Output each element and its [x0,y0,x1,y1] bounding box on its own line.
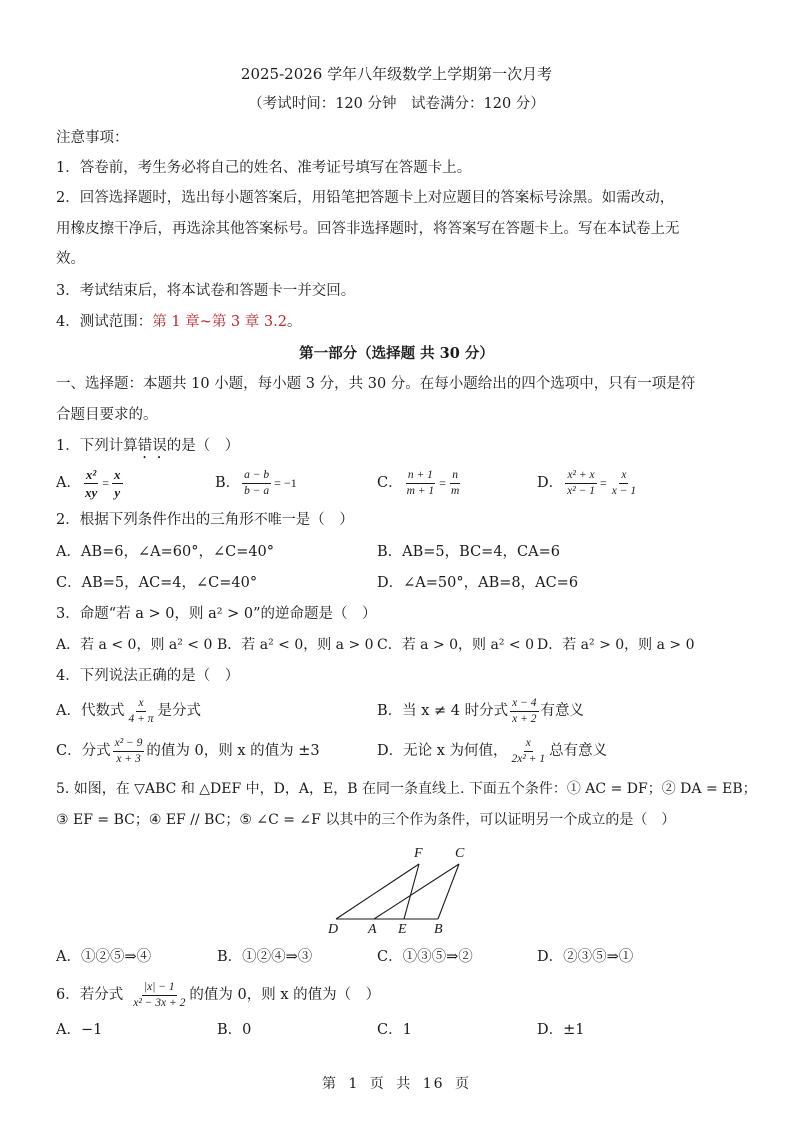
section-title: 第一部分（选择题 共 30 分） [0,344,793,364]
test-range: 第 1 章~第 3 章 3.2 [152,314,287,330]
q1-option-c[interactable]: C． n + 1m + 1 = nm [377,466,463,500]
fraction: xx − 1 [610,469,638,498]
option-label: D． [537,473,563,493]
option-text: 总有意义 [549,741,607,761]
fraction: xy [112,467,123,500]
notice-heading: 注意事项： [56,128,129,148]
q1-stem-pre: 1．下列计算 [56,438,138,454]
q5-option-c[interactable]: C．①③⑤⇒② [377,947,473,967]
option-text: 有意义 [541,701,585,721]
q6-option-b[interactable]: B．0 [217,1020,251,1040]
notice-item-4-prefix: 4．测试范围： [56,314,152,330]
notice-item-4-suffix: 。 [287,314,302,330]
fraction: nm [449,469,461,498]
exam-subtitle: （考试时间：120 分钟 试卷满分：120 分） [0,94,793,114]
fraction: a − bb − a [242,469,271,498]
q5-option-d[interactable]: D．②③⑤⇒① [537,947,633,967]
q3-option-a[interactable]: A．若 a < 0，则 a² < 0 [56,635,212,655]
q2-option-b[interactable]: B．AB=5，BC=4，CA=6 [377,542,560,562]
page-number: 第 1 页 共 16 页 [0,1073,793,1093]
fraction: n + 1m + 1 [405,469,437,498]
question-3-stem: 3．命题“若 a > 0，则 a² > 0”的逆命题是（ ） [56,604,377,624]
question-2-stem: 2．根据下列条件作出的三角形不唯一是（ ） [56,510,354,530]
section-instruction-cont: 合题目要求的。 [56,405,158,425]
notice-item-2: 2．回答选择题时，选出每小题答案后，用铅笔把答题卡上对应题目的答案标号涂黑。如需… [56,188,674,208]
q2-option-a[interactable]: A．AB=6，∠A=60°，∠C=40° [56,542,274,562]
fraction: x4 + π [126,697,155,726]
section-instruction: 一、选择题：本题共 10 小题，每小题 3 分，共 30 分。在每小题给出的四个… [56,374,695,394]
equals: = [600,473,607,493]
option-text: A．代数式 [56,701,124,721]
question-1-stem: 1．下列计算错误的是（ ） [56,436,239,462]
q4-option-d[interactable]: D．无论 x 为何值， x2x² + 1 总有意义 [377,734,607,768]
option-label: B． [215,473,240,493]
notice-item-1: 1．答卷前，考生务必将自己的姓名、准考证号填写在答题卡上。 [56,158,471,178]
q6-stem-post: 的值为 0，则 x 的值为（ ） [189,985,380,1005]
option-text: C．分式 [56,741,111,761]
point-label: C [455,846,465,861]
point-label: D [327,922,338,936]
q6-option-d[interactable]: D．±1 [537,1020,585,1040]
q1-option-d[interactable]: D． x² + xx² − 1 = xx − 1 [537,466,640,500]
q2-stem-post: 是（ ） [296,512,354,528]
option-text: 是分式 [158,701,202,721]
question-5-stem-cont: ③ EF = BC；④ EF // BC；⑤ ∠C = ∠F 以其中的三个作为条… [56,810,675,830]
option-label: C． [377,473,403,493]
question-6-stem: 6．若分式 |x| − 1x² − 3x + 2 的值为 0，则 x 的值为（ … [56,978,380,1012]
q4-option-c[interactable]: C．分式 x² − 9x + 3 的值为 0，则 x 的值为 ±3 [56,734,320,768]
q2-stem-pre: 2．根据下列条件作出的三角形 [56,512,254,528]
q2-stem-emphasis: 不唯一 [254,512,296,528]
fraction: |x| − 1x² − 3x + 2 [131,981,187,1010]
exam-title: 2025-2026 学年八年级数学上学期第一次月考 [0,64,793,84]
q6-option-c[interactable]: C．1 [377,1020,412,1040]
option-text: 的值为 0，则 x 的值为 ±3 [146,741,319,761]
q1-stem-post: 的是（ ） [167,438,240,454]
point-label: A [367,922,377,936]
fraction: x²xy [83,467,99,500]
option-text: D．无论 x 为何值， [377,741,508,761]
q3-option-c[interactable]: C．若 a > 0，则 a² < 0 [377,635,534,655]
point-label: F [413,846,423,861]
notice-item-2-end: 效。 [56,249,85,269]
q4-option-a[interactable]: A．代数式 x4 + π 是分式 [56,694,201,728]
point-label: E [397,922,407,936]
fraction: x² − 9x + 3 [113,737,145,766]
q2-option-d[interactable]: D．∠A=50°，AB=8，AC=6 [377,573,578,593]
q6-option-a[interactable]: A．−1 [56,1020,102,1040]
q6-stem-pre: 6．若分式 [56,985,123,1005]
equals: = −1 [274,473,297,493]
q1-stem-emphasis: 错误 [138,438,167,454]
q5-option-a[interactable]: A．①②⑤⇒④ [56,947,151,967]
equals: = [102,473,109,493]
question-4-stem: 4．下列说法正确的是（ ） [56,666,239,686]
option-text: B．当 x ≠ 4 时分式 [377,701,508,721]
q4-option-b[interactable]: B．当 x ≠ 4 时分式 x − 4x + 2 有意义 [377,694,584,728]
notice-item-3: 3．考试结束后，将本试卷和答题卡一并交回。 [56,281,355,301]
point-label: B [434,922,443,936]
triangle-figure: F C D A E B [318,836,478,936]
question-5-stem: 5. 如图，在 ▽ABC 和 △DEF 中，D，A，E，B 在同一条直线上. 下… [56,779,757,799]
q1-option-b[interactable]: B． a − bb − a = −1 [215,466,298,500]
q3-option-d[interactable]: D．若 a² > 0，则 a > 0 [537,635,695,655]
q2-option-c[interactable]: C．AB=5，AC=4，∠C=40° [56,573,257,593]
q3-option-b[interactable]: B．若 a² < 0，则 a > 0 [217,635,374,655]
fraction: x² + xx² − 1 [565,469,597,498]
q1-option-a[interactable]: A． x²xy = xy [56,466,125,500]
equals: = [439,473,446,493]
option-label: A． [56,473,81,493]
fraction: x − 4x + 2 [510,697,538,726]
notice-item-2-cont: 用橡皮擦干净后，再选涂其他答案标号。回答非选择题时，将答案写在答题卡上。写在本试… [56,219,680,239]
notice-item-4: 4．测试范围：第 1 章~第 3 章 3.2。 [56,312,301,332]
q5-option-b[interactable]: B．①②④⇒③ [217,947,312,967]
fraction: x2x² + 1 [510,737,548,766]
